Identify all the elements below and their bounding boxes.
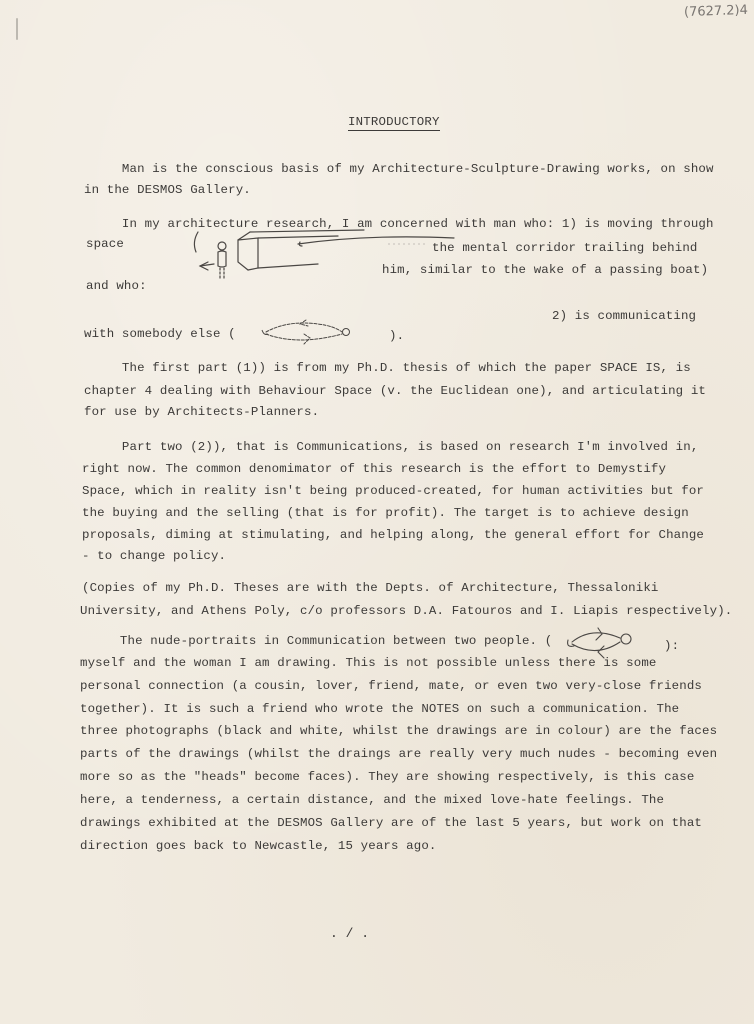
paragraph-4-line-2: right now. The common denomimator of thi… [82, 462, 666, 476]
paragraph-4-line-3: Space, which in reality isn't being prod… [82, 484, 704, 498]
paragraph-1-line-2: in the DESMOS Gallery. [84, 183, 251, 197]
paragraph-5-line-2: University, and Athens Poly, c/o profess… [80, 604, 732, 618]
paragraph-6-colon: ): [664, 639, 679, 653]
margin-pencil-mark [16, 18, 18, 40]
paragraph-2-somebody-else: with somebody else ( [84, 327, 236, 341]
paragraph-1-line-1: Man is the conscious basis of my Archite… [84, 162, 714, 176]
paragraph-2-and-who: and who: [86, 279, 147, 293]
page-continuation-marker: . / . [330, 926, 369, 941]
document-title: INTRODUCTORY [348, 115, 440, 131]
paragraph-6-line-7: more so as the "heads" become faces). Th… [80, 770, 694, 784]
paragraph-6-line-3: personal connection (a cousin, lover, fr… [80, 679, 702, 693]
communication-loop-small-sketch-icon [258, 316, 358, 346]
paragraph-3-line-1: The first part (1)) is from my Ph.D. the… [84, 361, 691, 375]
paragraph-6-line-9: drawings exhibited at the DESMOS Gallery… [80, 816, 702, 830]
paragraph-6-line-10: direction goes back to Newcastle, 15 yea… [80, 839, 437, 853]
paragraph-6-line-1: The nude-portraits in Communication betw… [82, 634, 552, 648]
paragraph-4-line-5: proposals, diming at stimulating, and he… [82, 528, 704, 542]
paragraph-6-line-8: here, a tenderness, a certain distance, … [80, 793, 664, 807]
paragraph-2-close-paren: ). [389, 329, 404, 343]
communication-loop-large-sketch-icon [562, 624, 638, 660]
paragraph-2-communicating: 2) is communicating [552, 309, 696, 323]
paragraph-6-line-2: myself and the woman I am drawing. This … [80, 656, 657, 670]
paragraph-2-space-word: space [86, 237, 124, 251]
paragraph-5-line-1: (Copies of my Ph.D. Theses are with the … [82, 581, 659, 595]
figure-corridor-sketch-icon [188, 226, 458, 282]
paragraph-4-line-1: Part two (2)), that is Communications, i… [84, 440, 698, 454]
archive-reference: (7627.2)4 [684, 3, 748, 20]
paragraph-6-line-6: parts of the drawings (whilst the draing… [80, 747, 717, 761]
paragraph-6-line-5: three photographs (black and white, whil… [80, 724, 717, 738]
paragraph-4-line-6: - to change policy. [82, 549, 226, 563]
paragraph-3-line-3: for use by Architects-Planners. [84, 405, 319, 419]
paragraph-3-line-2: chapter 4 dealing with Behaviour Space (… [84, 384, 706, 398]
paragraph-2-corridor-text: the mental corridor trailing behind [432, 241, 698, 255]
paragraph-6-line-4: together). It is such a friend who wrote… [80, 702, 679, 716]
paragraph-4-line-4: the buying and the selling (that is for … [82, 506, 689, 520]
